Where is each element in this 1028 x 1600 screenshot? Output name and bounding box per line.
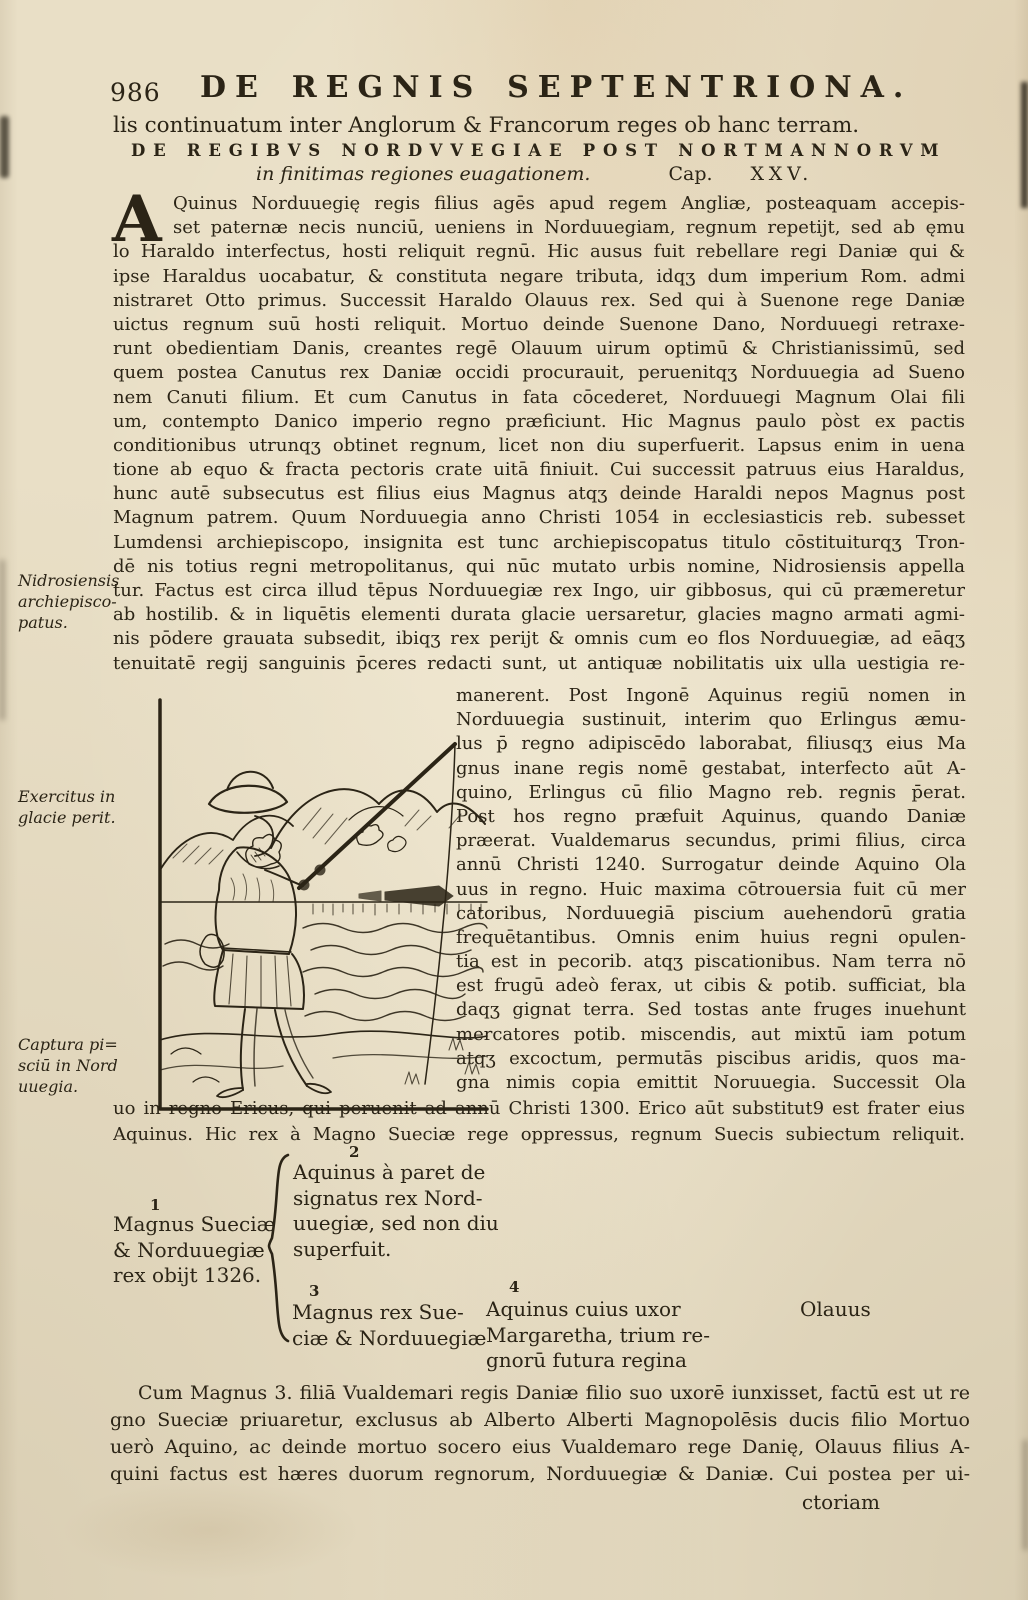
margin-note-exercitus: Exercitus inglacie perit.	[18, 786, 120, 828]
text-line: lo Haraldo interfectus, hosti reliquit r…	[113, 240, 965, 264]
genealogy-line: Aquinus à paret de	[293, 1160, 499, 1186]
text-line: mercatores potib. miscendis, aut mixtū i…	[456, 1023, 966, 1047]
catchword: ctoriam	[110, 1490, 970, 1514]
genealogy-item-aquinus-2: Aquinus à paret designatus rex Nord-uueg…	[293, 1160, 499, 1262]
genealogy-item-magnus-1: Magnus Sueciæ& Norduuegiærex obijt 1326.	[113, 1212, 275, 1289]
text-line: ab hostilib. & in liquētis elementi dura…	[113, 603, 965, 627]
genealogy-line: & Norduuegiæ	[113, 1238, 275, 1264]
text-line: Aquinus. Hic rex à Magno Sueciæ rege opp…	[113, 1122, 965, 1148]
text-line: uictus regnum suū hosti reliquit. Mortuo…	[113, 313, 965, 337]
main-paragraph-top: Quinus Norduuegię regis filius agēs apud…	[113, 192, 965, 676]
chapter-number: XXV.	[751, 163, 814, 185]
text-line: atqʒ excoctum, permutās piscibus aridis,…	[456, 1047, 966, 1071]
text-line: lus p̄ regno adipiscēdo laborabat, filiu…	[456, 732, 966, 756]
text-line: hunc autē subsecutus est filius eius Mag…	[113, 482, 965, 506]
text-line: tione ab equo & fracta pectoris crate ui…	[113, 458, 965, 482]
chapter-subtitle: in finitimas regiones euagationem. Cap. …	[256, 163, 813, 185]
text-line: uus in regno. Huic maxima cōtrouersia fu…	[456, 878, 966, 902]
carryover-line: lis continuatum inter Anglorum & Francor…	[113, 113, 859, 138]
genealogy-number-4: 4	[509, 1278, 519, 1296]
text-line: nem Canuti filium. Et cum Canutus in fat…	[113, 386, 965, 410]
text-line: est frugū adeò ferax, ut cibis & potib. …	[456, 974, 966, 998]
text-line: conditionibus utrunqʒ obtinet regnum, li…	[113, 434, 965, 458]
margin-note-line: Exercitus in	[18, 786, 120, 807]
genealogy-line: uuegiæ, sed non diu	[293, 1211, 499, 1237]
text-line: nis pōdere grauata subsedit, ibiqʒ rex p…	[113, 627, 965, 651]
genealogy-line: ciæ & Norduuegiæ	[292, 1326, 486, 1352]
margin-note-line: sciū in Nord	[18, 1055, 120, 1076]
text-line: Magnum patrem. Quum Norduuegia anno Chri…	[113, 506, 965, 530]
margin-note-line: patus.	[18, 612, 120, 633]
genealogy-line: Margaretha, trium re-	[486, 1323, 710, 1349]
genealogy-item-aquinus-4: Aquinus cuius uxorMargaretha, trium re-g…	[486, 1297, 710, 1374]
text-line: quini factus est hæres duorum regnorum, …	[110, 1461, 970, 1488]
margin-note-line: Nidrosiensis	[18, 570, 120, 591]
text-line: Norduuegia sustinuit, interim quo Erling…	[456, 708, 966, 732]
main-paragraph-bottom: uo in regno Ericus, qui peruenit ad annū…	[113, 1096, 965, 1148]
text-line: um, contempto Danico imperio regno præfi…	[113, 410, 965, 434]
genealogy-number-3: 3	[309, 1282, 319, 1300]
genealogy-line: Magnus Sueciæ	[113, 1212, 275, 1238]
genealogy-brace	[258, 1152, 294, 1348]
page-edge-mark	[0, 116, 9, 178]
text-line: Quinus Norduuegię regis filius agēs apud…	[113, 192, 965, 216]
text-line: catoribus, Norduuegiā piscium auehendorū…	[456, 902, 966, 926]
margin-note-captura: Captura pi=sciū in Norduuegia.	[18, 1034, 120, 1097]
text-line: Post hos regno præfuit Aquinus, quando D…	[456, 805, 966, 829]
genealogy-line: signatus rex Nord-	[293, 1186, 499, 1212]
text-line: annū Christi 1240. Surrogatur deinde Aqu…	[456, 853, 966, 877]
text-line: manerent. Post Ingonē Aquinus regiū nome…	[456, 684, 966, 708]
genealogy-line: Magnus rex Sue-	[292, 1300, 486, 1326]
genealogy-line: rex obijt 1326.	[113, 1263, 275, 1289]
main-paragraph-column: manerent. Post Ingonē Aquinus regiū nome…	[456, 684, 966, 1095]
genealogy-line: gnorū futura regina	[486, 1348, 710, 1374]
text-line: uerò Aquino, ac deinde mortuo socero eiu…	[110, 1434, 970, 1461]
text-line: tenuitatē regij sanguinis p̄ceres redact…	[113, 652, 965, 676]
margin-note-line: archiepisco-	[18, 591, 120, 612]
text-line: gnus inane regis nomē gestabat, interfec…	[456, 757, 966, 781]
text-line: tur. Factus est circa illud tēpus Norduu…	[113, 579, 965, 603]
chapter-title: DE REGIBVS NORDVVEGIAE POST NORTMANNORVM	[131, 141, 946, 160]
page-edge-mark	[1021, 82, 1028, 208]
genealogy-line: superfuit.	[293, 1237, 499, 1263]
text-line: runt obedientiam Danis, creantes regē Ol…	[113, 337, 965, 361]
page-edge-mark	[0, 560, 5, 720]
text-line: uo in regno Ericus, qui peruenit ad annū…	[113, 1096, 965, 1122]
text-line: dē nis totius regni metropolitanus, qui …	[113, 555, 965, 579]
text-line: daqʒ gignat terra. Sed tostas ante fruge…	[456, 998, 966, 1022]
text-line: tia est in pecorib. atqʒ piscationibus. …	[456, 950, 966, 974]
book-page-scan: 986 DE REGNIS SEPTENTRIONA. lis continua…	[0, 0, 1028, 1600]
text-line: frequētantibus. Omnis enim huius regni o…	[456, 926, 966, 950]
genealogy-item-magnus-3: Magnus rex Sue-ciæ & Norduuegiæ	[292, 1300, 486, 1351]
genealogy-number-2: 2	[349, 1143, 359, 1161]
chapter-label: Cap.	[668, 163, 712, 185]
margin-note-line: glacie perit.	[18, 807, 120, 828]
margin-note-nidrosiensis: Nidrosiensisarchiepisco-patus.	[18, 570, 120, 633]
page-edge-mark	[1023, 1440, 1028, 1550]
genealogy-item-olauus: Olauus	[800, 1297, 871, 1321]
page-number: 986	[110, 78, 161, 107]
text-line: Cum Magnus 3. filiā Vualdemari regis Dan…	[110, 1380, 970, 1407]
text-line: gna nimis copia emittit Noruuegia. Succe…	[456, 1071, 966, 1095]
margin-note-line: Captura pi=	[18, 1034, 120, 1055]
text-line: gno Sueciæ priuaretur, exclusus ab Alber…	[110, 1407, 970, 1434]
text-line: ipse Haraldus uocabatur, & constituta ne…	[113, 265, 965, 289]
text-line: quem postea Canutus rex Daniæ occidi pro…	[113, 361, 965, 385]
text-line: quino, Erlingus cū filio Magno reb. regn…	[456, 781, 966, 805]
fisherman-woodcut	[153, 698, 490, 1113]
chapter-subtitle-italic: in finitimas regiones euagationem.	[256, 163, 590, 185]
text-line: set paternæ necis nunciū, ueniens in Nor…	[113, 216, 965, 240]
text-line: Lumdensi archiepiscopo, insignita est tu…	[113, 531, 965, 555]
running-title: DE REGNIS SEPTENTRIONA.	[200, 70, 912, 105]
genealogy-line: Aquinus cuius uxor	[486, 1297, 710, 1323]
text-line: præerat. Vualdemarus secundus, primi fil…	[456, 829, 966, 853]
margin-note-line: uuegia.	[18, 1076, 120, 1097]
final-paragraph: Cum Magnus 3. filiā Vualdemari regis Dan…	[110, 1380, 970, 1488]
text-line: nistraret Otto primus. Successit Haraldo…	[113, 289, 965, 313]
